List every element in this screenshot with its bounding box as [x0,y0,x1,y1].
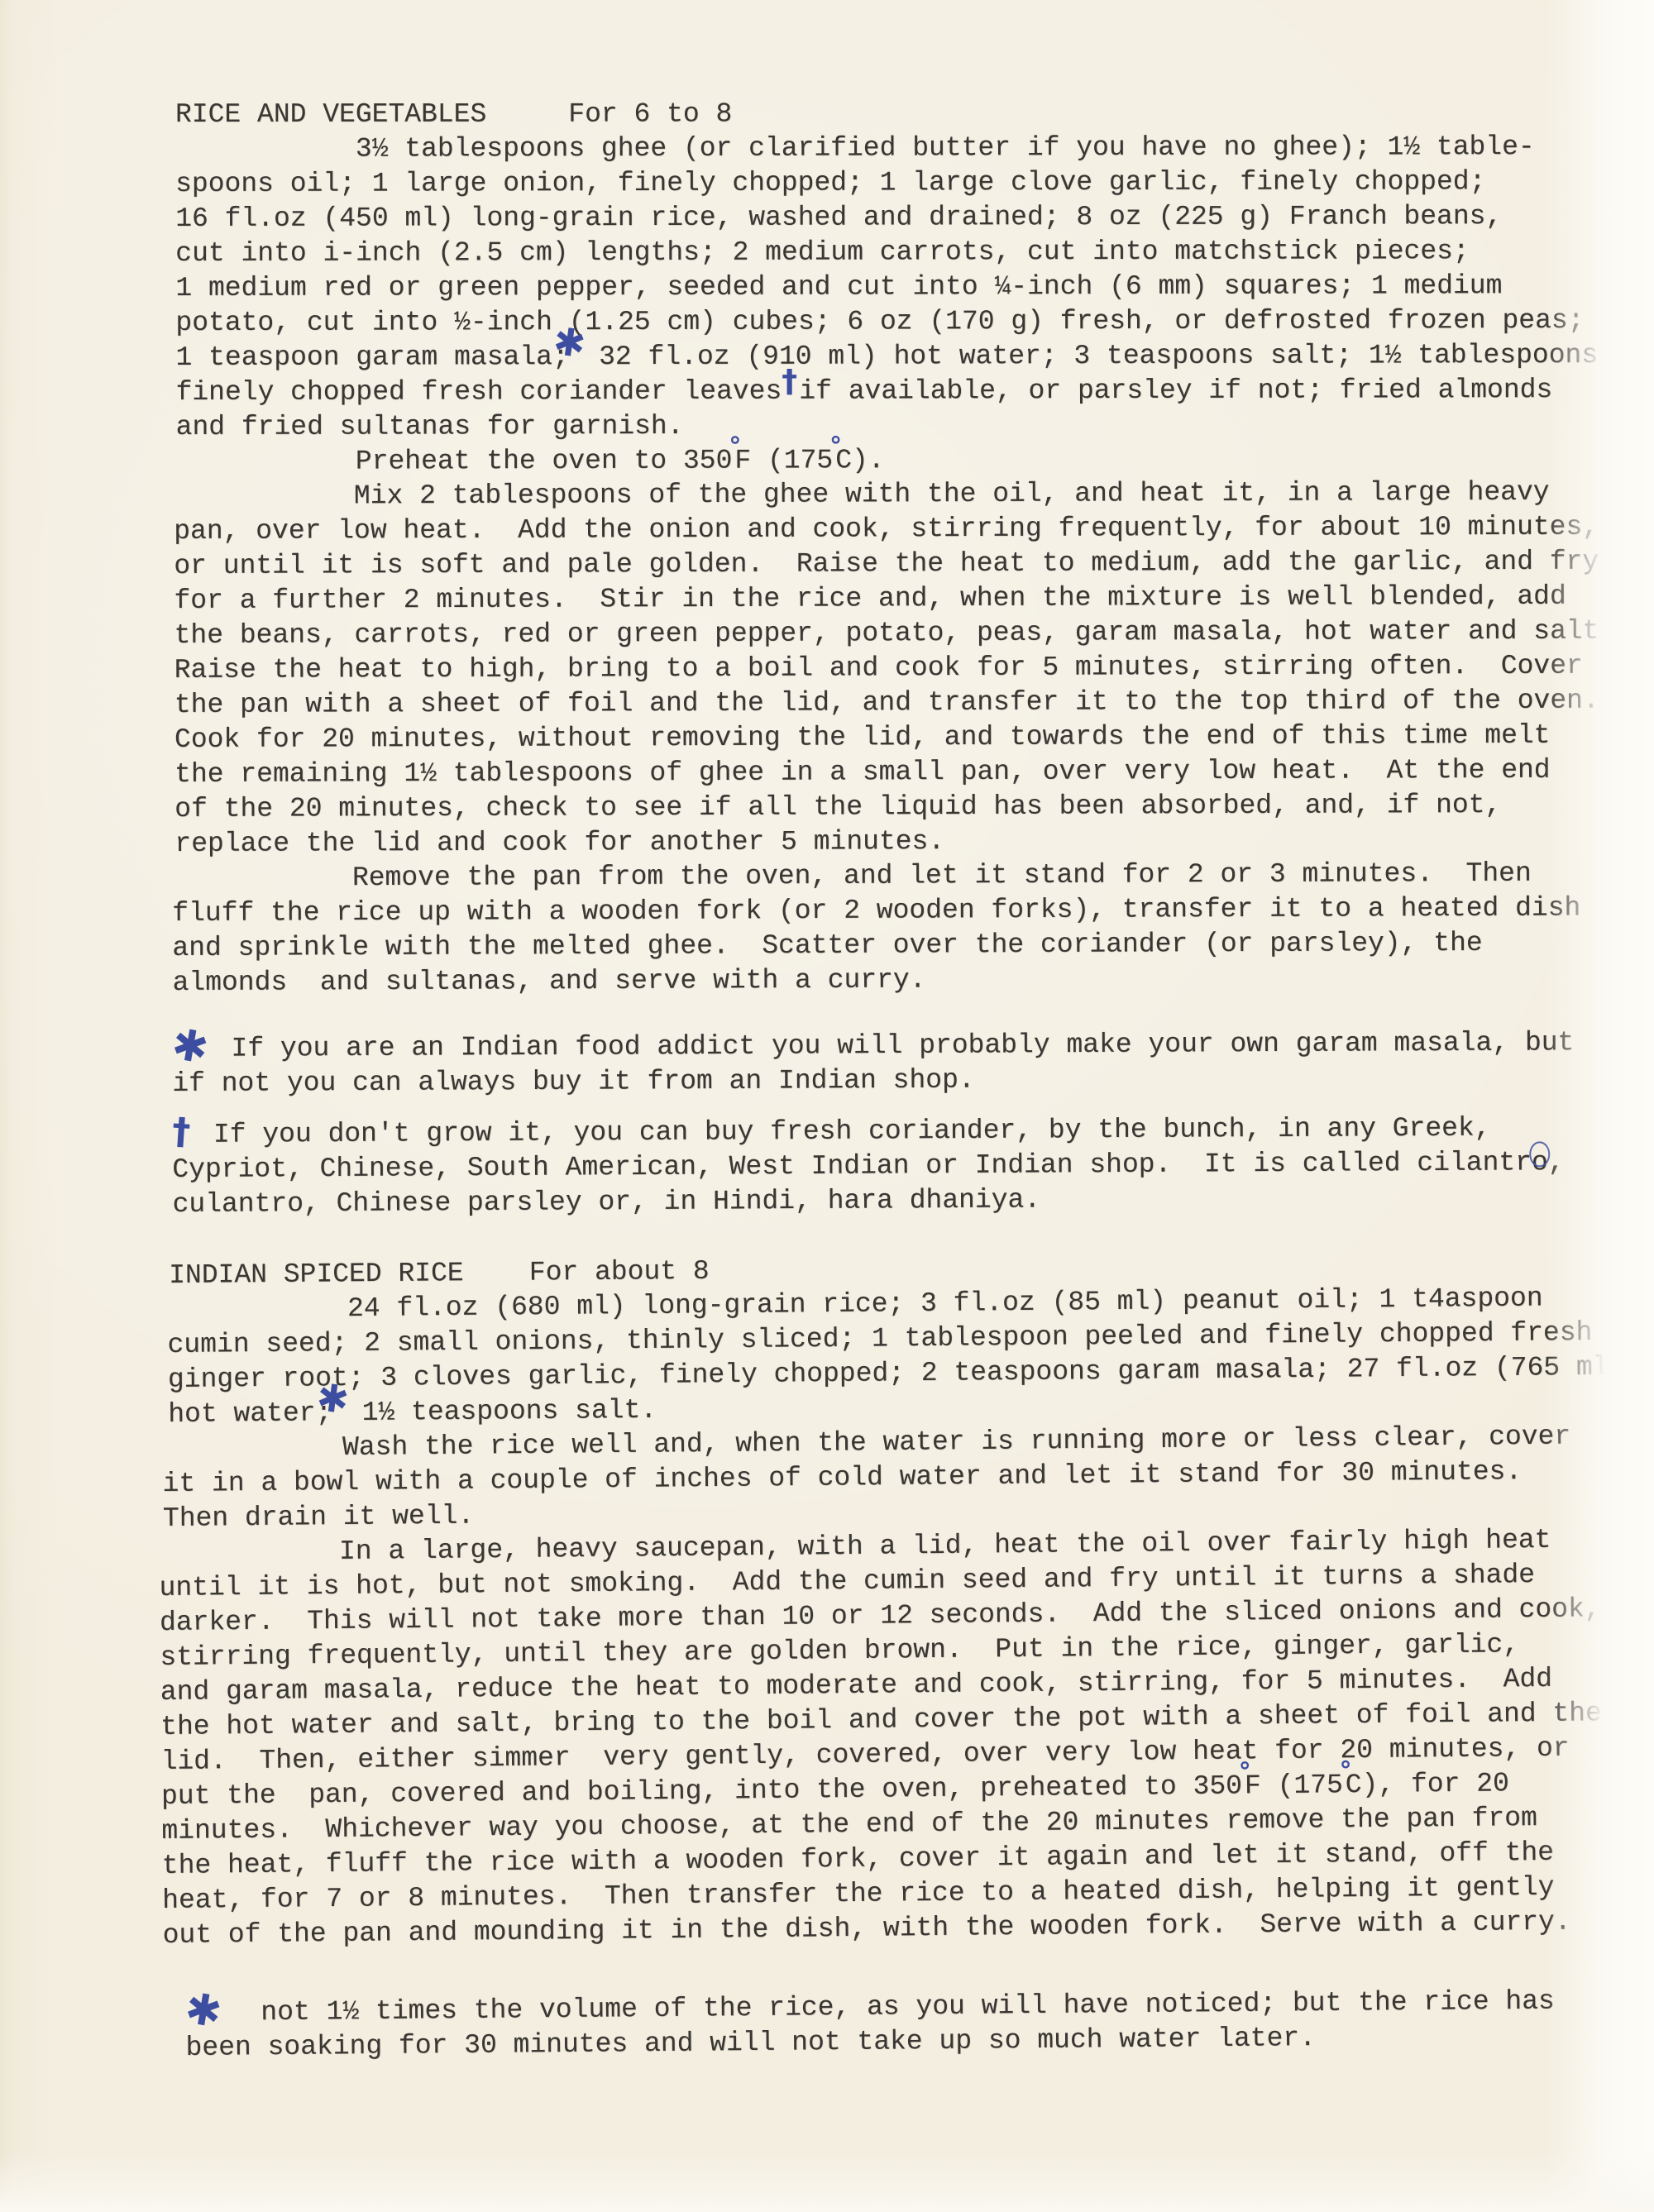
text-line: the pan with a sheet of foil and the lid… [174,683,1630,723]
handwritten-asterisk-icon: ✱ [317,1397,348,1401]
footnote-asterisk-icon: ✱ [172,1044,208,1049]
paper-background: RICE AND VEGETABLES For 6 to 8 3½ tables… [0,0,1654,2212]
footnote-dagger-icon: † [172,1131,190,1132]
text-line: of the 20 minutes, check to see if all t… [174,787,1630,827]
text-line: the beans, carrots, red or green pepper,… [174,614,1630,653]
text-line: and sprinkle with the melted ghee. Scatt… [172,925,1628,966]
text-line: pan, over low heat. Add the onion and co… [174,509,1629,549]
text-line: RICE AND VEGETABLES For 6 to 8 [175,96,1631,132]
text-line: spoons oil; 1 large onion, finely choppe… [175,165,1631,202]
page-content: RICE AND VEGETABLES For 6 to 8 3½ tables… [175,98,1631,2066]
recipe1-heading: RICE AND VEGETABLES For 6 to 8 [175,96,1631,132]
text-line: if not you can always buy it from an Ind… [172,1060,1628,1101]
scanner-edge-right [1545,0,1654,2212]
text-line: and fried sultanas for garnish. [176,408,1632,445]
footnote-asterisk-icon: ✱ [185,2008,221,2014]
footnote-coriander: † If you don't grow it, you can buy fres… [172,1111,1628,1222]
recipe1-preheat: Preheat the oven to 350°F (175°C). [175,442,1631,480]
handwritten-asterisk-icon: ✱ [554,341,586,345]
text-line: the remaining 1½ tablespoons of ghee in … [174,752,1630,792]
recipe2-method-para: In a large, heavy saucepan, with a lid, … [159,1522,1618,1953]
text-line: 1 teaspoon garam masala;✱ 32 fl.oz (910 … [175,338,1631,375]
scanner-edge-bottom [0,2152,1654,2212]
text-line: for a further 2 minutes. Stir in the ric… [174,579,1629,619]
text-line: or until it is soft and pale golden. Rai… [174,544,1629,584]
text-line: almonds and sultanas, and serve with a c… [172,960,1628,1001]
text-line: 1 medium red or green pepper, seeded and… [175,269,1631,306]
text-line: ✱ If you are an Indian food addict you w… [172,1025,1628,1067]
recipe1-method-para-2: Remove the pan from the oven, and let it… [172,856,1628,1001]
text-line: cut into i-inch (2.5 cm) lengths; 2 medi… [175,234,1631,271]
scanned-recipe-page: { "document": { "type": "typewritten-rec… [0,0,1654,2212]
recipe2-ingredients: 24 fl.oz (680 ml) long-grain rice; 3 fl.… [167,1281,1623,1432]
recipe1-method-para-1: Mix 2 tablespoons of the ghee with the o… [174,475,1630,862]
text-line: fluff the rice up with a wooden fork (or… [172,891,1628,931]
text-line: Mix 2 tablespoons of the ghee with the o… [174,475,1629,514]
text-line: 3½ tablespoons ghee (or clarified butter… [175,130,1631,167]
text-line: 16 fl.oz (450 ml) long-grain rice, washe… [175,199,1631,236]
text-line: Raise the heat to high, bring to a boil … [174,648,1630,688]
text-line: finely chopped fresh coriander leaves†if… [176,373,1632,410]
recipe1-ingredients: 3½ tablespoons ghee (or clarified butter… [175,130,1632,445]
footnote-water-volume: ✱ not 1½ times the volume of the rice, a… [185,1984,1642,2066]
text-line: potato, cut into ½-inch (1.25 cm) cubes;… [175,303,1631,341]
footnote-garam-masala: ✱ If you are an Indian food addict you w… [172,1025,1628,1101]
text-line: replace the lid and cook for another 5 m… [174,822,1630,862]
text-line: culantro, Chinese parsley or, in Hindi, … [172,1180,1628,1222]
text-line: Cook for 20 minutes, without removing th… [174,718,1630,757]
text-line: Preheat the oven to 350°F (175°C). [175,442,1631,480]
recipe2-soaking-para: Wash the rice well and, when the water i… [162,1419,1618,1536]
text-line: Remove the pan from the oven, and let it… [172,856,1628,896]
